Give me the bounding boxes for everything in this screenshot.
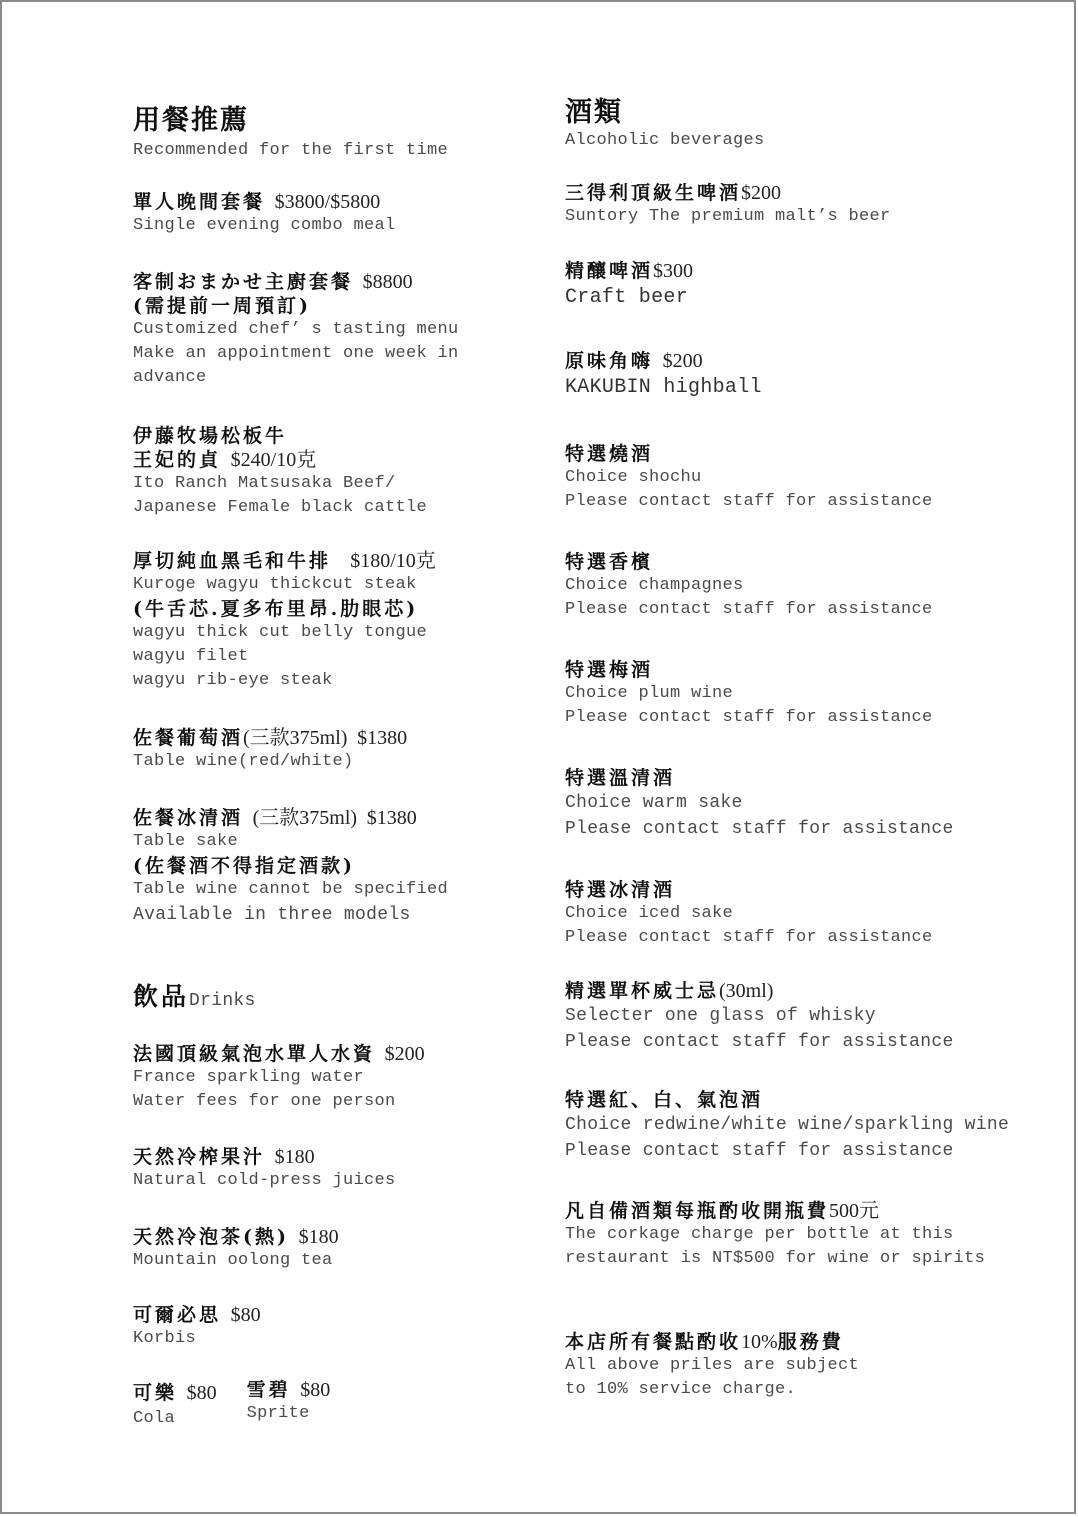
section-title-zh: 用餐推薦 [133,105,448,137]
item-price: $300 [653,260,693,282]
menu-item-sprite: 雪碧 $80 Sprite [247,1378,331,1431]
menu-item-table-sake: 佐餐冰清酒 (三款375ml) $1380 Table sake (佐餐酒不得指… [133,806,448,928]
item-volume: (30ml) [719,980,773,1002]
item-desc-en: advance [133,366,459,390]
item-name-zh: 凡自備酒類每瓶酌收開瓶費 [565,1200,829,1222]
item-desc-en: Please contact staff for assistance [565,1138,1009,1164]
menu-item-wines: 特選紅、白、氣泡酒 Choice redwine/white wine/spar… [565,1088,1009,1164]
section-recommended-header: 用餐推薦 Recommended for the first time [133,105,448,163]
item-desc-en: Make an appointment one week in [133,342,459,366]
menu-item-craft-beer: 精釀啤酒$300 Craft beer [565,259,693,313]
item-volume: (三款375ml) [243,727,347,749]
item-volume: (三款375ml) [253,807,357,829]
item-desc-en: Japanese Female black cattle [133,496,427,520]
item-desc-en: The corkage charge per bottle at this [565,1223,985,1247]
item-name-zh: 特選溫清酒 [565,766,954,790]
service-charge-notice: 本店所有餐點酌收10%服務費 All above priles are subj… [565,1330,859,1402]
item-name-zh: 本店所有餐點酌收 [565,1331,741,1353]
menu-item-whisky: 精選單杯威士忌(30ml) Selecter one glass of whis… [565,979,954,1055]
section-title-en: Drinks [189,991,256,1011]
item-desc-en: Please contact staff for assistance [565,706,933,730]
corkage-notice: 凡自備酒類每瓶酌收開瓶費500元 The corkage charge per … [565,1199,985,1271]
item-desc-en: Choice iced sake [565,902,933,926]
item-desc-en: Customized chef’ s tasting menu [133,318,459,342]
item-price: $200 [741,182,781,204]
menu-page: 用餐推薦 Recommended for the first time 單人晚間… [0,0,1076,1514]
item-price: $180/10克 [350,550,436,572]
menu-item-table-wine: 佐餐葡萄酒(三款375ml) $1380 Table wine(red/whit… [133,726,407,774]
item-name-zh: 特選梅酒 [565,658,933,682]
item-name-zh: 精選單杯威士忌 [565,980,719,1002]
item-desc-en: Mountain oolong tea [133,1249,339,1273]
item-name-zh: 特選紅、白、氣泡酒 [565,1088,1009,1112]
menu-item-omakase: 客制おまかせ主廚套餐 $8800 (需提前一周預訂) Customized ch… [133,270,459,390]
item-name-zh: 原味角嗨 [565,350,653,372]
item-price: $180 [275,1146,315,1168]
item-desc-en: Water fees for one person [133,1090,425,1114]
item-name-zh: 厚切純血黑毛和牛排 [133,550,331,572]
item-note-zh: (佐餐酒不得指定酒款) [133,854,448,878]
item-desc-en: Choice plum wine [565,682,933,706]
item-desc-en: Ito Ranch Matsusaka Beef/ [133,472,427,496]
item-name-zh: 精釀啤酒 [565,260,653,282]
item-desc-en: Available in three models [133,902,448,928]
item-desc-en: Please contact staff for assistance [565,816,954,842]
item-name-zh-2: 王妃的貞 [133,449,221,471]
menu-item-matsusaka-beef: 伊藤牧場松板牛 王妃的貞 $240/10克 Ito Ranch Matsusak… [133,424,427,520]
item-desc-en: Choice redwine/white wine/sparkling wine [565,1112,1009,1138]
item-desc-en: Table wine cannot be specified [133,878,448,902]
item-desc-en: Please contact staff for assistance [565,1029,954,1055]
item-price: $8800 [363,271,413,293]
item-desc-en: Table wine(red/white) [133,750,407,774]
menu-item-wagyu-steak: 厚切純血黑毛和牛排 $180/10克 Kuroge wagyu thickcut… [133,549,436,693]
menu-item-kakubin-highball: 原味角嗨 $200 KAKUBIN highball [565,349,762,403]
menu-item-cola: 可樂 $80 Cola [133,1381,217,1431]
item-price: $80 [231,1304,261,1326]
item-desc-en: Choice warm sake [565,790,954,816]
menu-item-plum-wine: 特選梅酒 Choice plum wine Please contact sta… [565,658,933,730]
item-name-zh-2: 服務費 [778,1331,844,1353]
item-price: $80 [187,1382,217,1404]
menu-item-oolong-tea: 天然冷泡茶(熱) $180 Mountain oolong tea [133,1225,339,1273]
item-desc-en: Choice champagnes [565,574,933,598]
item-price: 500元 [829,1200,879,1222]
section-subtitle-en: Recommended for the first time [133,139,448,163]
item-price: $1380 [357,727,407,749]
item-price: $180 [299,1226,339,1248]
item-name-zh: 法國頂級氣泡水單人水資 [133,1043,375,1065]
menu-item-shochu: 特選燒酒 Choice shochu Please contact staff … [565,442,933,514]
item-price: $1380 [367,807,417,829]
item-desc-en: Kuroge wagyu thickcut steak [133,573,436,597]
item-desc-en: Choice shochu [565,466,933,490]
section-subtitle-en: Alcoholic beverages [565,129,765,153]
item-desc-en: Natural cold-press juices [133,1169,396,1193]
item-price: $200 [663,350,703,372]
menu-item-champagne: 特選香檳 Choice champagnes Please contact st… [565,550,933,622]
item-price: $200 [385,1043,425,1065]
item-desc-en: Single evening combo meal [133,214,396,238]
menu-item-pair-soda: 可樂 $80 Cola 雪碧 $80 Sprite [133,1381,330,1431]
item-desc-en: France sparkling water [133,1066,425,1090]
item-desc-en: Table sake [133,830,448,854]
item-desc-en: wagyu thick cut belly tongue [133,621,436,645]
item-desc-en: wagyu filet [133,645,436,669]
section-drinks-header: 飲品Drinks [133,982,256,1016]
menu-item-cold-press-juice: 天然冷榨果汁 $180 Natural cold-press juices [133,1145,396,1193]
item-note-zh: (需提前一周預訂) [133,294,459,318]
item-desc-en: Korbis [133,1327,261,1351]
item-price: 10% [741,1331,778,1353]
item-desc-en: All above priles are subject [565,1354,859,1378]
item-desc-en: Please contact staff for assistance [565,926,933,950]
menu-item-calpis: 可爾必思 $80 Korbis [133,1303,261,1351]
item-name-zh: 佐餐葡萄酒 [133,727,243,749]
item-note-zh: (牛舌芯.夏多布里昂.肋眼芯) [133,597,436,621]
item-desc-en: Please contact staff for assistance [565,598,933,622]
item-name-zh: 佐餐冰清酒 [133,807,243,829]
item-desc-en: Selecter one glass of whisky [565,1003,954,1029]
item-desc-en: Please contact staff for assistance [565,490,933,514]
item-desc-en: Sprite [247,1402,331,1426]
item-name-zh: 可樂 [133,1382,177,1404]
section-alcohol-header: 酒類 Alcoholic beverages [565,97,765,153]
item-name-zh: 可爾必思 [133,1304,221,1326]
item-price: $80 [300,1379,330,1401]
menu-item-single-evening: 單人晚間套餐 $3800/$5800 Single evening combo … [133,190,396,238]
item-desc-en: restaurant is NT$500 for wine or spirits [565,1247,985,1271]
item-name-zh: 伊藤牧場松板牛 [133,424,427,448]
item-name-zh: 特選香檳 [565,550,933,574]
item-desc-en: Suntory The premium malt’s beer [565,205,891,229]
menu-item-sparkling-water: 法國頂級氣泡水單人水資 $200 France sparkling water … [133,1042,425,1114]
item-desc-en: to 10% service charge. [565,1378,859,1402]
item-name-zh: 特選燒酒 [565,442,933,466]
item-name-zh: 雪碧 [247,1379,291,1401]
item-name-zh: 天然冷泡茶(熱) [133,1226,289,1248]
item-name-zh: 三得利頂級生啤酒 [565,182,741,204]
menu-item-suntory-beer: 三得利頂級生啤酒$200 Suntory The premium malt’s … [565,181,891,229]
item-desc-en: Craft beer [565,283,693,313]
item-price: $240/10克 [231,449,317,471]
menu-item-iced-sake: 特選冰清酒 Choice iced sake Please contact st… [565,878,933,950]
menu-item-warm-sake: 特選溫清酒 Choice warm sake Please contact st… [565,766,954,842]
item-desc-en: Cola [133,1407,217,1431]
section-title-zh: 飲品 [133,982,189,1011]
item-name-zh: 特選冰清酒 [565,878,933,902]
item-desc-en: KAKUBIN highball [565,373,762,403]
item-price: $3800/$5800 [275,191,381,213]
item-name-zh: 天然冷榨果汁 [133,1146,265,1168]
item-name-zh: 單人晚間套餐 [133,191,265,213]
section-title-zh: 酒類 [565,97,765,129]
item-desc-en: wagyu rib-eye steak [133,669,436,693]
item-name-zh: 客制おまかせ主廚套餐 [133,271,353,293]
